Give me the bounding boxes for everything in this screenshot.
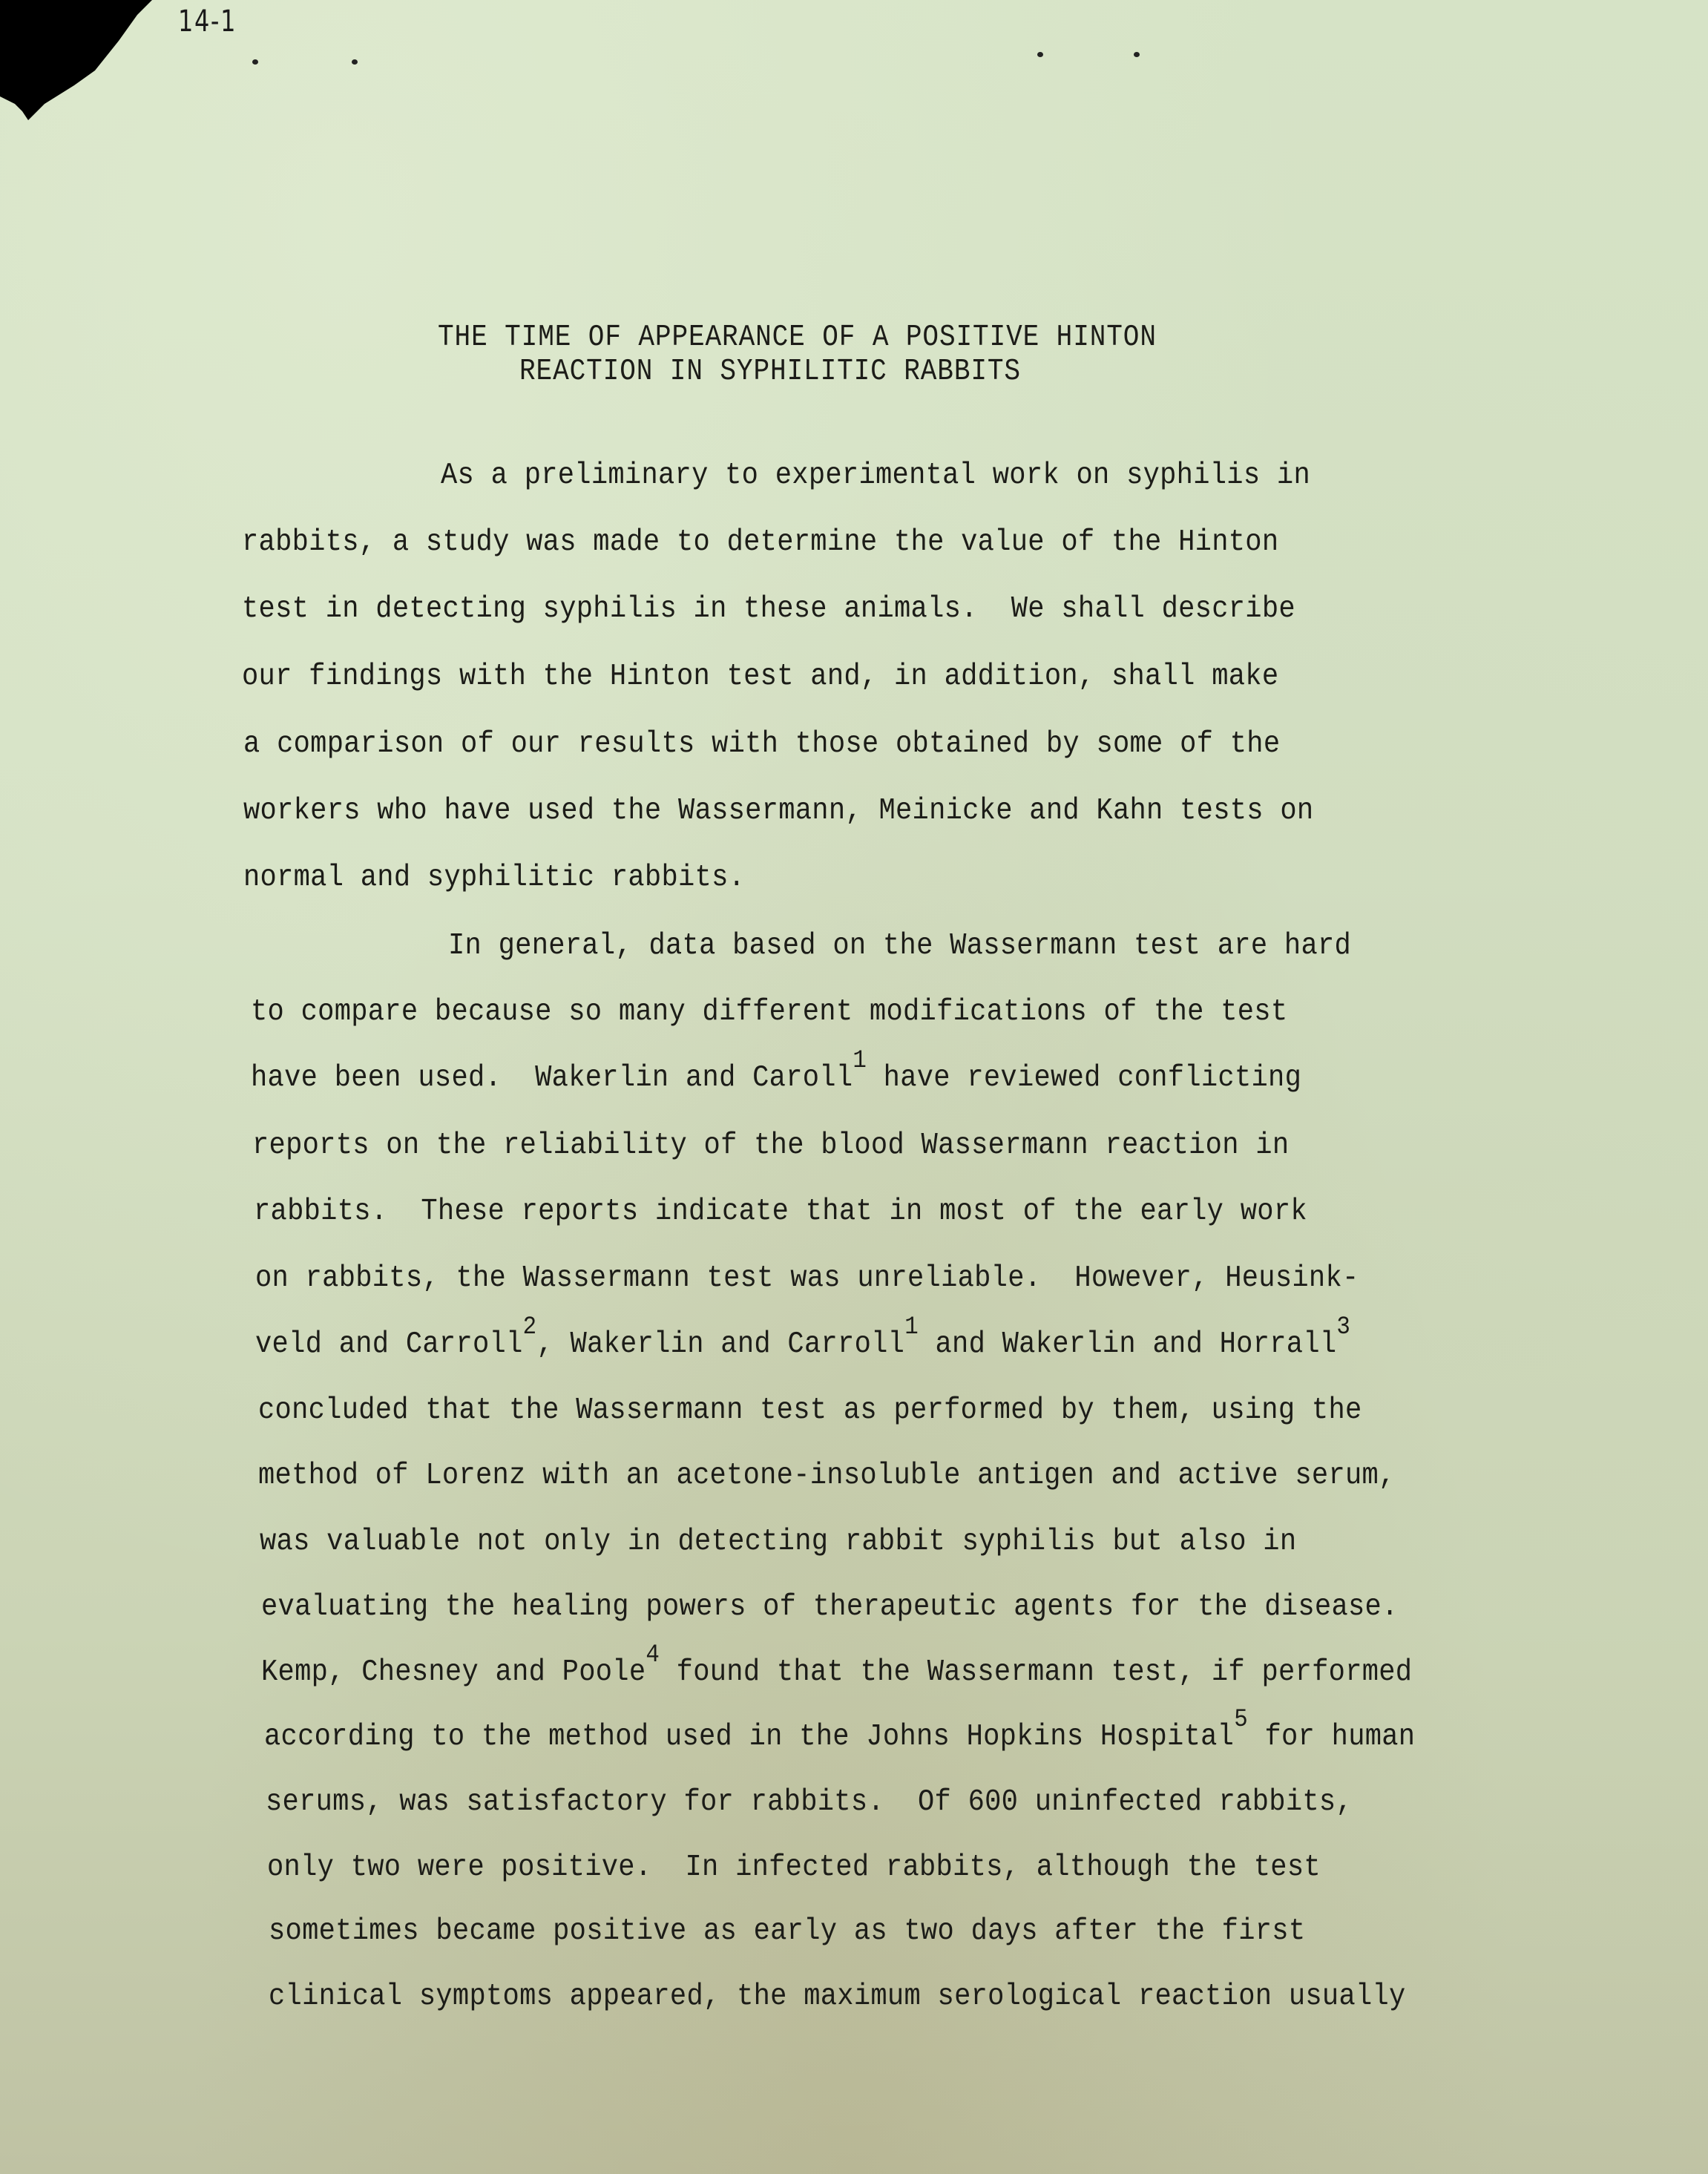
paragraph-2-line: Kemp, Chesney and Poole4 found that the … bbox=[261, 1655, 1412, 1689]
footnote-ref-1[interactable]: 1 bbox=[904, 1313, 919, 1341]
text-run: veld and Carroll bbox=[255, 1327, 523, 1362]
paragraph-2-line: have been used. Wakerlin and Caroll1 hav… bbox=[251, 1061, 1301, 1095]
footnote-ref-5[interactable]: 5 bbox=[1234, 1706, 1248, 1734]
paragraph-2-line: veld and Carroll2, Wakerlin and Carroll1… bbox=[255, 1327, 1350, 1362]
paragraph-2-line: In general, data based on the Wassermann… bbox=[448, 929, 1351, 963]
text-run: found that the Wassermann test, if perfo… bbox=[660, 1655, 1412, 1689]
paragraph-1-line: rabbits, a study was made to determine t… bbox=[242, 525, 1278, 559]
paragraph-2-line: serums, was satisfactory for rabbits. Of… bbox=[266, 1785, 1353, 1819]
document-title-line-1: THE TIME OF APPEARANCE OF A POSITIVE HIN… bbox=[438, 321, 1157, 355]
paragraph-1-line: workers who have used the Wassermann, Me… bbox=[243, 794, 1313, 828]
paragraph-2-line: only two were positive. In infected rabb… bbox=[267, 1850, 1321, 1885]
text-run: and Wakerlin and Horrall bbox=[919, 1327, 1336, 1362]
footnote-ref-2[interactable]: 2 bbox=[523, 1313, 537, 1341]
paragraph-2-line: according to the method used in the John… bbox=[264, 1720, 1415, 1754]
paragraph-1-line: test in detecting syphilis in these anim… bbox=[242, 592, 1295, 626]
paragraph-2-line: rabbits. These reports indicate that in … bbox=[254, 1195, 1307, 1229]
paragraph-2-line: evaluating the healing powers of therape… bbox=[261, 1590, 1399, 1624]
punch-mark bbox=[352, 59, 358, 65]
paragraph-1-line: a comparison of our results with those o… bbox=[243, 727, 1280, 761]
text-run: Kemp, Chesney and Poole bbox=[261, 1655, 646, 1689]
paragraph-1-line: normal and syphilitic rabbits. bbox=[243, 861, 745, 895]
footnote-ref-1[interactable]: 1 bbox=[853, 1047, 867, 1075]
paragraph-2-line: sometimes became positive as early as tw… bbox=[269, 1914, 1305, 1948]
paragraph-1-line: our findings with the Hinton test and, i… bbox=[242, 660, 1278, 694]
text-run: have been used. Wakerlin and Caroll bbox=[251, 1061, 853, 1095]
paragraph-2-line: concluded that the Wassermann test as pe… bbox=[258, 1393, 1362, 1428]
paragraph-2-line: clinical symptoms appeared, the maximum … bbox=[269, 1980, 1406, 2014]
punch-mark bbox=[1134, 52, 1140, 57]
paragraph-2-line: method of Lorenz with an acetone-insolub… bbox=[258, 1459, 1396, 1493]
paragraph-2-line: on rabbits, the Wassermann test was unre… bbox=[255, 1261, 1359, 1295]
handwritten-page-note: 14-1 bbox=[178, 4, 237, 39]
paragraph-2-line: to compare because so many different mod… bbox=[251, 995, 1287, 1029]
document-title-line-2: REACTION IN SYPHILITIC RABBITS bbox=[519, 355, 1021, 389]
document-page: 14-1 THE TIME OF APPEARANCE OF A POSITIV… bbox=[0, 0, 1708, 2174]
torn-corner bbox=[0, 0, 156, 126]
text-run: have reviewed conflicting bbox=[867, 1061, 1301, 1095]
punch-mark bbox=[252, 59, 258, 65]
paragraph-2-line: was valuable not only in detecting rabbi… bbox=[260, 1525, 1296, 1559]
text-run: according to the method used in the John… bbox=[264, 1720, 1234, 1754]
paragraph-1-line: As a preliminary to experimental work on… bbox=[441, 459, 1310, 493]
text-run: for human bbox=[1248, 1720, 1415, 1754]
punch-mark bbox=[1037, 52, 1043, 57]
footnote-ref-3[interactable]: 3 bbox=[1336, 1313, 1350, 1341]
paragraph-2-line: reports on the reliability of the blood … bbox=[252, 1129, 1289, 1163]
text-run: , Wakerlin and Carroll bbox=[536, 1327, 904, 1362]
footnote-ref-4[interactable]: 4 bbox=[646, 1641, 660, 1669]
